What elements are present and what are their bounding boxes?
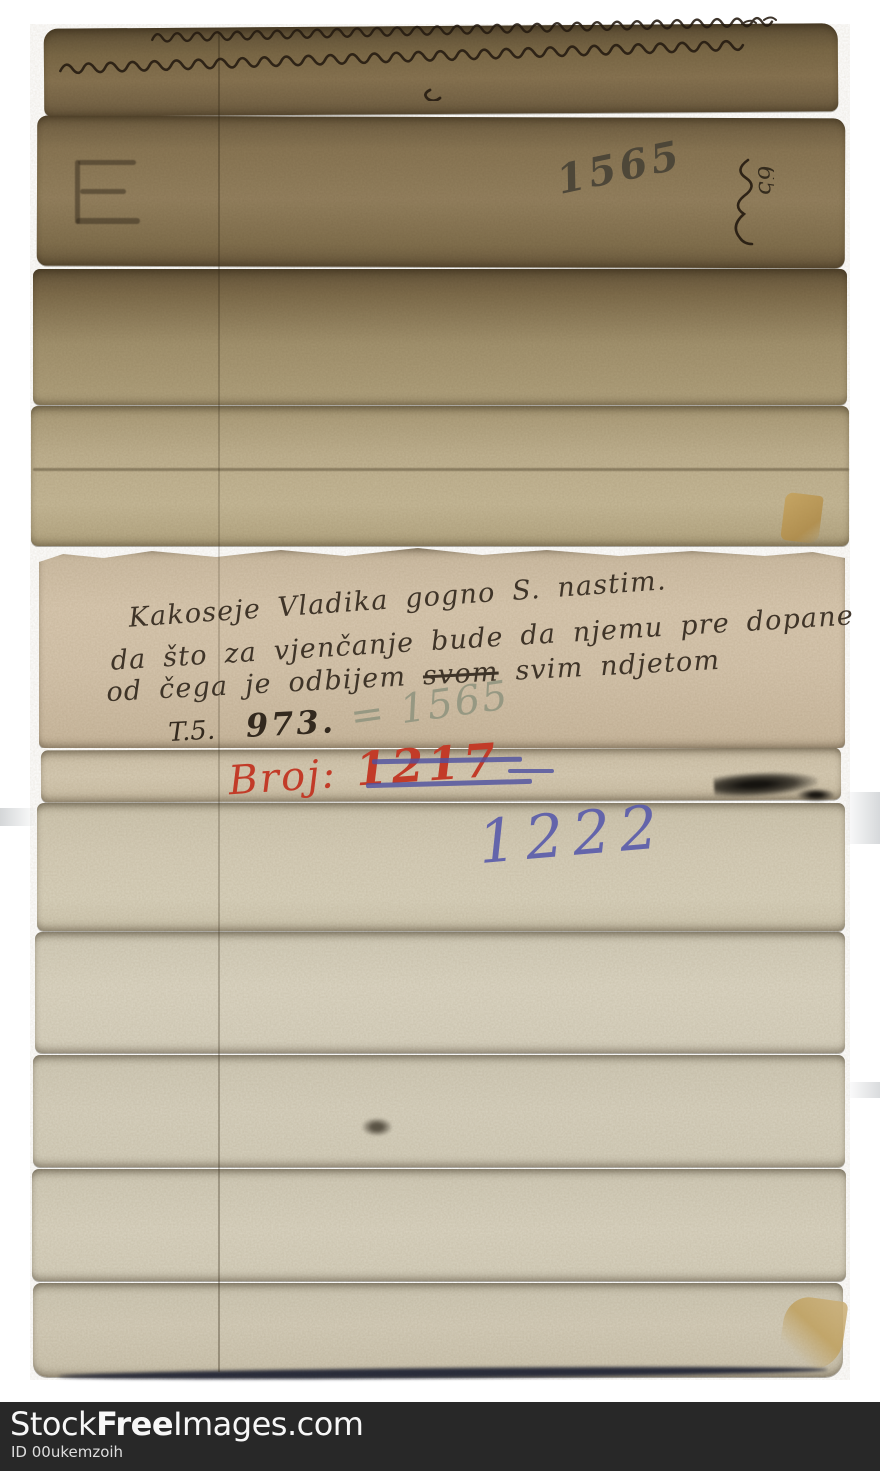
horizontal-crease (33, 468, 849, 471)
paper-fold-segment-8 (33, 1055, 845, 1167)
blue-strike-dash (508, 769, 554, 773)
reference-number: 973. (245, 702, 337, 745)
paper-fold-segment-6 (37, 803, 845, 931)
watermark-bar: StockFreeImages.com ID 00ukemzoih (0, 1402, 880, 1471)
paper-fold-segment-9 (32, 1169, 846, 1281)
brand-free: Free (96, 1405, 173, 1443)
paper-fold-segment-2 (37, 116, 846, 269)
paper-fold-segment-10 (33, 1283, 843, 1377)
watermark-brand: StockFreeImages.com (10, 1405, 363, 1443)
scan-streak (0, 808, 38, 826)
scan-streak (843, 792, 880, 844)
paper-fold-segment-7 (35, 932, 845, 1053)
black-ink-smudge-small (796, 788, 836, 802)
reference-prefix: T.5. (168, 716, 216, 748)
watermark-image-id: ID 00ukemzoih (11, 1443, 123, 1461)
dark-stain-small (362, 1118, 392, 1136)
paper-fold-segment-1 (44, 23, 839, 117)
tan-stain-patch (780, 492, 824, 544)
broj-label: Broj: (227, 751, 338, 804)
paper-fold-segment-4 (31, 406, 849, 546)
brand-images: Images.com (173, 1405, 363, 1443)
paper-fold-segment-3 (33, 269, 847, 405)
embossed-mark (76, 218, 140, 224)
embossed-mark (78, 160, 136, 165)
brand-stock: Stock (10, 1405, 96, 1443)
embossed-mark (80, 189, 126, 194)
embossed-mark (75, 160, 80, 224)
scan-streak (845, 1082, 880, 1098)
stock-photo-page: 1565 65 Kakoseje Vladika gogno S. nastim… (0, 0, 880, 1471)
